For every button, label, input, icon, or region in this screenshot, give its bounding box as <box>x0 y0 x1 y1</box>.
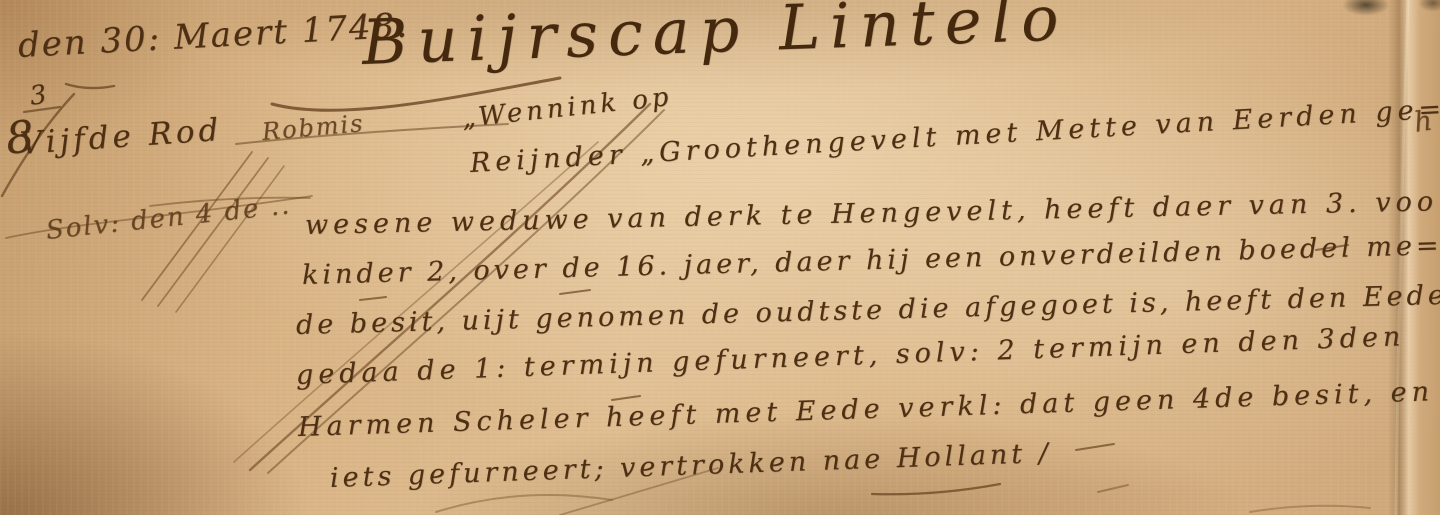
manuscript-line: wesene weduwe van derk te Hengevelt, hee… <box>305 185 1440 241</box>
corner-shadow-far-right <box>1418 0 1440 12</box>
corner-shadow-top-right <box>1342 0 1390 16</box>
margin-fraction-numerator: 3 <box>28 80 49 112</box>
inserted-name: Robmis <box>261 109 366 146</box>
manuscript-line: kinder 2, over de 16. jaer, daer hij een… <box>302 230 1440 291</box>
date-line: den 30: Maert 1748. <box>17 6 410 66</box>
manuscript-line: Harmen Scheler heeft met Eede verkl: dat… <box>298 376 1435 443</box>
manuscript-page: den 30: Maert 1748. Buijrscap Lintelo 3 … <box>0 0 1440 515</box>
inserted-phrase: „Wennink op <box>460 82 673 134</box>
manuscript-line: iets gefurneert; vertrokken nae Hollant … <box>329 438 1052 494</box>
margin-rot-label: Vijfde Rod <box>19 112 224 162</box>
margin-solv-note: Solv: den 4 de .. <box>44 190 292 246</box>
entry-title: Buijrscap Lintelo <box>361 0 1070 79</box>
